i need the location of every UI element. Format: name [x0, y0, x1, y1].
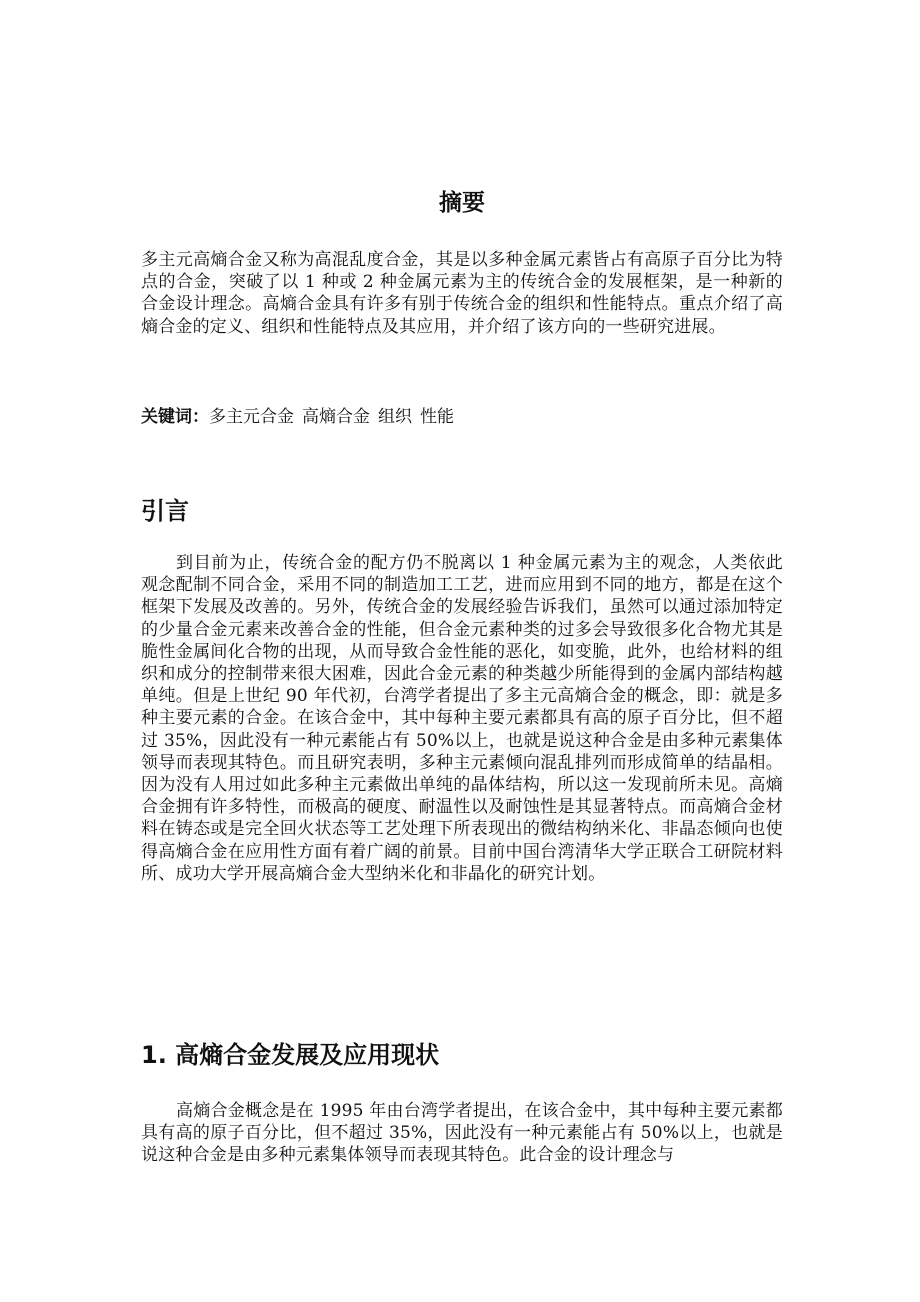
- keyword: 高熵合金: [302, 407, 370, 427]
- keyword: 性能: [420, 407, 454, 427]
- abstract-title: 摘要: [141, 188, 783, 218]
- introduction-heading: 引言: [141, 495, 189, 527]
- keywords-line: 关键词：多主元合金高熵合金组织性能: [141, 405, 462, 429]
- abstract-body: 多主元高熵合金又称为高混乱度合金，其是以多种金属元素皆占有高原子百分比为特点的合…: [141, 249, 783, 338]
- keywords-label: 关键词：: [141, 407, 209, 427]
- section-1-heading: 1. 高熵合金发展及应用现状: [141, 1039, 439, 1071]
- introduction-body: 到目前为止，传统合金的配方仍不脱离以 1 种金属元素为主的观念，人类依此观念配制…: [141, 552, 783, 885]
- section-1-body: 高熵合金概念是在 1995 年由台湾学者提出，在该合金中，其中每种主要元素都具有…: [141, 1100, 783, 1167]
- keyword: 多主元合金: [209, 407, 294, 427]
- keyword: 组织: [378, 407, 412, 427]
